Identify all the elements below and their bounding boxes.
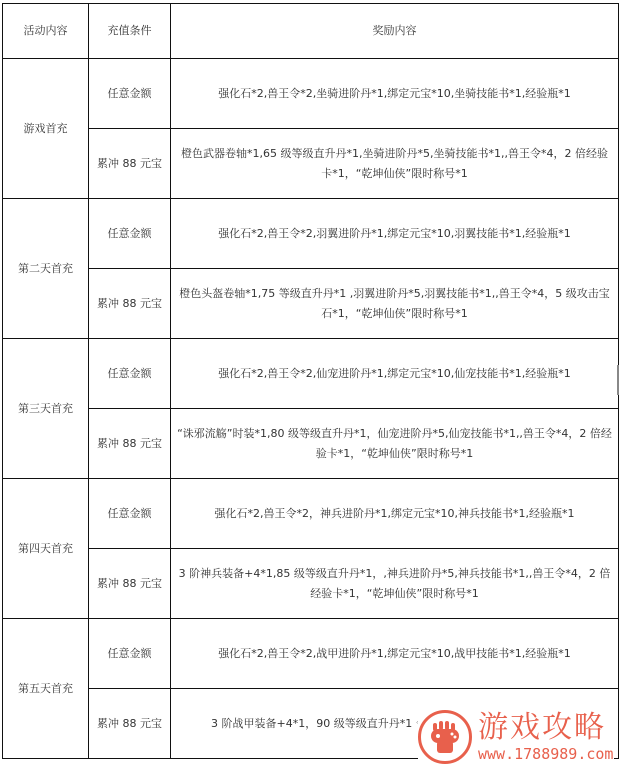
- table-row: 累冲 88 元宝 橙色头盔卷轴*1,75 等级直升丹*1 ,羽翼进阶丹*5,羽翼…: [3, 269, 619, 339]
- table-row: 累冲 88 元宝 橙色武器卷轴*1,65 级等级直升丹*1,坐骑进阶丹*5,坐骑…: [3, 129, 619, 199]
- scrollbar-indicator: [617, 365, 619, 395]
- condition-cell: 累冲 88 元宝: [89, 549, 171, 619]
- table-row: 第二天首充 任意金额 强化石*2,兽王令*2,羽翼进阶丹*1,绑定元宝*10,羽…: [3, 199, 619, 269]
- header-condition: 充值条件: [89, 4, 171, 59]
- watermark-title: 游戏攻略: [478, 711, 613, 745]
- reward-cell: 3 阶神兵装备+4*1,85 级等级直升丹*1，,神兵进阶丹*5,神兵技能书*1…: [171, 549, 619, 619]
- condition-cell: 任意金额: [89, 619, 171, 689]
- reward-cell: 强化石*2,兽王令*2,战甲进阶丹*1,绑定元宝*10,战甲技能书*1,经验瓶*…: [171, 619, 619, 689]
- table-row: 累冲 88 元宝 3 阶神兵装备+4*1,85 级等级直升丹*1，,神兵进阶丹*…: [3, 549, 619, 619]
- header-activity: 活动内容: [3, 4, 89, 59]
- reward-cell: 橙色头盔卷轴*1,75 等级直升丹*1 ,羽翼进阶丹*5,羽翼技能书*1,,兽王…: [171, 269, 619, 339]
- reward-cell: 强化石*2,兽王令*2，神兵进阶丹*1,绑定元宝*10,神兵技能书*1,经验瓶*…: [171, 479, 619, 549]
- condition-cell: 累冲 88 元宝: [89, 129, 171, 199]
- condition-cell: 任意金额: [89, 199, 171, 269]
- reward-cell: 橙色武器卷轴*1,65 级等级直升丹*1,坐骑进阶丹*5,坐骑技能书*1,,兽王…: [171, 129, 619, 199]
- reward-cell: 强化石*2,兽王令*2,羽翼进阶丹*1,绑定元宝*10,羽翼技能书*1,经验瓶*…: [171, 199, 619, 269]
- watermark: 游戏攻略 www.1788989.com: [418, 706, 614, 768]
- activity-cell: 第二天首充: [3, 199, 89, 339]
- header-row: 活动内容 充值条件 奖励内容: [3, 4, 619, 59]
- activity-cell: 游戏首充: [3, 59, 89, 199]
- table-row: 第三天首充 任意金额 强化石*2,兽王令*2,仙宠进阶丹*1,绑定元宝*10,仙…: [3, 339, 619, 409]
- reward-cell: 强化石*2,兽王令*2,仙宠进阶丹*1,绑定元宝*10,仙宠技能书*1,经验瓶*…: [171, 339, 619, 409]
- condition-cell: 累冲 88 元宝: [89, 689, 171, 759]
- reward-cell: “诛邪流觞”时装*1,80 级等级直升丹*1，仙宠进阶丹*5,仙宠技能书*1,,…: [171, 409, 619, 479]
- activity-cell: 第五天首充: [3, 619, 89, 759]
- activity-cell: 第四天首充: [3, 479, 89, 619]
- condition-cell: 累冲 88 元宝: [89, 409, 171, 479]
- condition-cell: 累冲 88 元宝: [89, 269, 171, 339]
- table-row: 游戏首充 任意金额 强化石*2,兽王令*2,坐骑进阶丹*1,绑定元宝*10,坐骑…: [3, 59, 619, 129]
- condition-cell: 任意金额: [89, 59, 171, 129]
- table-row: 累冲 88 元宝 “诛邪流觞”时装*1,80 级等级直升丹*1，仙宠进阶丹*5,…: [3, 409, 619, 479]
- header-reward: 奖励内容: [171, 4, 619, 59]
- watermark-url: www.1788989.com: [478, 745, 613, 763]
- condition-cell: 任意金额: [89, 339, 171, 409]
- activity-cell: 第三天首充: [3, 339, 89, 479]
- gamepad-hands-icon: [418, 710, 472, 764]
- rewards-table: 活动内容 充值条件 奖励内容 游戏首充 任意金额 强化石*2,兽王令*2,坐骑进…: [2, 3, 619, 759]
- condition-cell: 任意金额: [89, 479, 171, 549]
- table-row: 第五天首充 任意金额 强化石*2,兽王令*2,战甲进阶丹*1,绑定元宝*10,战…: [3, 619, 619, 689]
- table-row: 第四天首充 任意金额 强化石*2,兽王令*2，神兵进阶丹*1,绑定元宝*10,神…: [3, 479, 619, 549]
- reward-cell: 强化石*2,兽王令*2,坐骑进阶丹*1,绑定元宝*10,坐骑技能书*1,经验瓶*…: [171, 59, 619, 129]
